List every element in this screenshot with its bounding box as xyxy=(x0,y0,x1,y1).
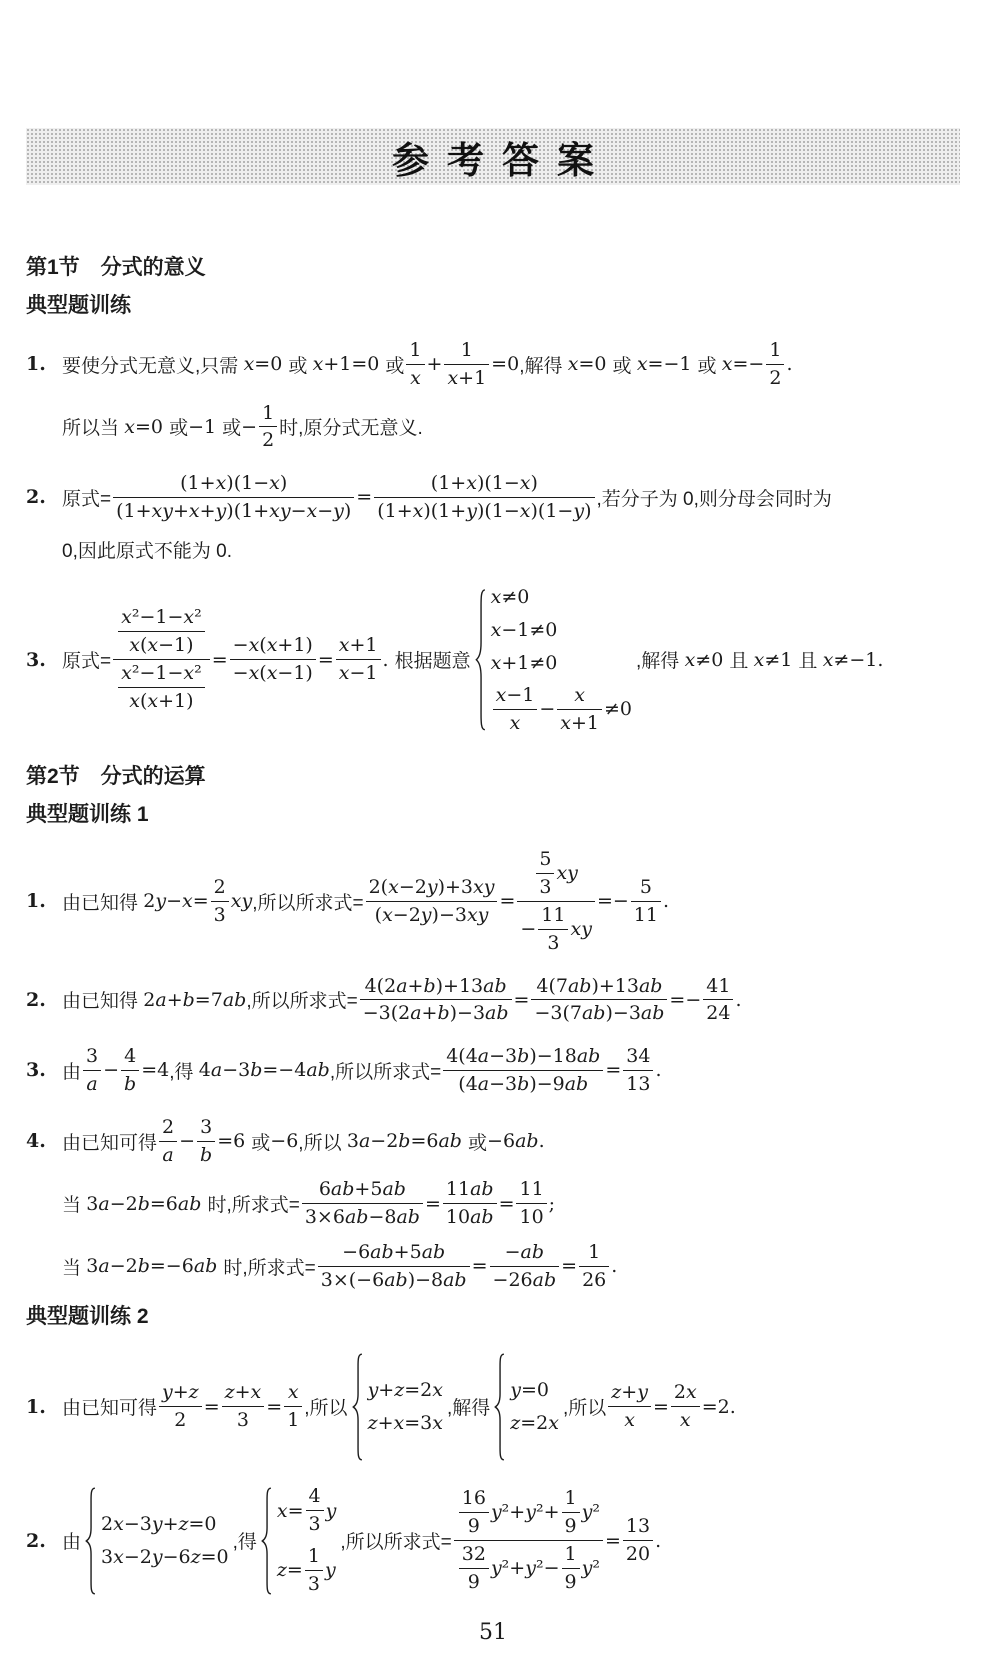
fraction-denominator: 9 xyxy=(562,1571,580,1594)
math-run: x xyxy=(183,606,194,629)
fraction-bar xyxy=(118,631,205,632)
math-run: y xyxy=(582,1557,593,1580)
math-run: . xyxy=(663,890,669,912)
text-run: 原式= xyxy=(62,646,111,673)
fraction-numerator: 2(x−2y)+3xy xyxy=(366,876,498,899)
fraction-denominator: x xyxy=(407,367,424,390)
text-run: 由已知可得 xyxy=(62,1128,157,1155)
math-run: = xyxy=(472,1255,488,1277)
math-run: + xyxy=(167,989,183,1011)
math-run: ab xyxy=(438,1130,462,1152)
math-run: 1 xyxy=(769,339,781,362)
brace-icon xyxy=(261,1484,272,1598)
math-run: x xyxy=(216,472,227,495)
fraction: y+z2 xyxy=(159,1381,202,1432)
cases-row: 3x−2y−6z=0 xyxy=(101,1545,229,1569)
fraction-bar xyxy=(259,426,277,427)
fraction-denominator: 2 xyxy=(766,367,784,390)
answer-item: 1.要使分式无意义,只需 x=0 或 x+1=0 或1x+1x+1=0,解得 x… xyxy=(26,339,960,452)
math-run: (1+ xyxy=(180,472,215,495)
cases-row: x−1≠0 xyxy=(491,618,632,642)
math-run: 3 xyxy=(86,1045,98,1068)
fraction-numerator: 53xy xyxy=(531,848,581,899)
math-run: 32 xyxy=(462,1543,486,1566)
math-run: ab xyxy=(470,1178,494,1201)
text-run: 原式= xyxy=(62,484,111,511)
fraction-denominator: 1 xyxy=(284,1409,302,1432)
math-run: )−3 xyxy=(432,904,467,927)
math-run: . xyxy=(655,1059,661,1081)
fraction-denominator: −3(7ab)−3ab xyxy=(531,1002,667,1025)
math-run: b xyxy=(437,1002,449,1025)
text-run: ,得 xyxy=(169,1057,199,1084)
math-run: −1≠0 xyxy=(501,619,557,641)
math-run: )−3 xyxy=(605,1002,640,1025)
math-run: 6 xyxy=(319,1178,331,1201)
math-run: +1 xyxy=(349,634,377,657)
math-run: 2 xyxy=(143,989,155,1011)
math-run: −1 xyxy=(349,662,377,685)
math-run: +1 xyxy=(458,367,486,390)
fraction-bar xyxy=(459,1568,489,1569)
text-run: 由 xyxy=(62,1057,81,1084)
fraction: 2xx xyxy=(671,1381,700,1432)
fraction-numerator: 13 xyxy=(623,1515,653,1538)
math-run: ab xyxy=(306,1059,330,1081)
math-run: x xyxy=(491,619,502,641)
fraction-denominator: x+1 xyxy=(557,712,602,735)
fraction: 1320 xyxy=(623,1515,653,1566)
math-run: x xyxy=(244,353,255,375)
fraction: 43 xyxy=(306,1485,324,1536)
math-run: x xyxy=(432,1412,443,1434)
math-run: a xyxy=(162,1144,173,1167)
fraction-numerator: 11 xyxy=(538,904,568,927)
fraction: 3b xyxy=(197,1116,215,1167)
fraction: x1 xyxy=(284,1381,302,1432)
text-run: 要使分式无意义,只需 xyxy=(62,351,244,378)
fraction: 12 xyxy=(259,402,277,453)
math-run: x xyxy=(388,876,399,899)
math-run: =0 xyxy=(189,1513,217,1535)
text-run: ,若分子为 0,则分母会同时为 xyxy=(597,484,832,511)
fraction-denominator: x xyxy=(677,1409,694,1432)
fraction-bar xyxy=(557,709,602,710)
math-run: 3 xyxy=(309,1513,321,1536)
math-run: 5 xyxy=(539,848,551,871)
fraction: 169 xyxy=(459,1487,489,1538)
math-run: )(1+ xyxy=(423,500,466,523)
math-run: −3(2 xyxy=(363,1002,411,1025)
fraction: 4124 xyxy=(703,975,733,1026)
text-run: ,解得 xyxy=(447,1393,490,1420)
fraction-numerator: 16 xyxy=(459,1487,489,1510)
answer-item: 2.由2x−3y+z=03x−2y−6z=0,得x=43yz=13y,所以所求式… xyxy=(26,1484,960,1598)
fraction: 4b xyxy=(121,1045,139,1096)
math-run: 1 xyxy=(308,1545,320,1568)
math-run: + xyxy=(200,500,216,523)
fraction-bar xyxy=(336,659,381,660)
math-run: x xyxy=(496,684,507,707)
fraction-bar xyxy=(562,1512,580,1513)
math-run: ab xyxy=(384,1269,408,1292)
math-run: 10 xyxy=(519,1206,543,1229)
math-run: x xyxy=(339,634,350,657)
math-run: x xyxy=(680,1409,691,1432)
math-run: y xyxy=(466,500,477,523)
math-run: + xyxy=(427,353,443,375)
text-run: 或 xyxy=(288,351,312,378)
math-run: x xyxy=(624,1409,635,1432)
fraction-denominator: 13 xyxy=(623,1073,653,1096)
math-run: y xyxy=(162,1381,173,1404)
fraction: 2(x−2y)+3xy(x−2y)−3xy xyxy=(366,876,498,927)
fraction-denominator: (x−2y)−3xy xyxy=(372,904,492,927)
math-run: − xyxy=(291,500,307,523)
fraction-denominator: 9 xyxy=(465,1571,483,1594)
cases-row: x=43y xyxy=(277,1485,336,1536)
text-run: 或 xyxy=(385,351,404,378)
math-run: ab xyxy=(582,1002,606,1025)
subsection-heading: 典型题训练 xyxy=(26,289,960,319)
math-run: )(1− xyxy=(477,472,520,495)
math-run: xy xyxy=(467,904,488,927)
math-run: x xyxy=(277,1500,288,1522)
fraction-numerator: 1 xyxy=(562,1543,580,1566)
math-run: ²−1− xyxy=(132,662,184,685)
fraction-numerator: 4 xyxy=(121,1045,139,1068)
fraction-denominator: 11 xyxy=(631,904,661,927)
math-run: 3 xyxy=(86,1255,98,1277)
math-run: +1) xyxy=(277,634,312,657)
fraction-denominator: −113xy xyxy=(517,904,595,955)
math-run: y xyxy=(491,1501,502,1524)
math-run: − xyxy=(317,500,333,523)
math-run: x xyxy=(249,662,260,685)
math-run: a xyxy=(396,975,407,998)
math-run: y xyxy=(427,876,438,899)
fraction-denominator: b xyxy=(197,1144,215,1167)
math-line: 1.由已知得 2y−x=23xy,所以所求式=2(x−2y)+3xy(x−2y)… xyxy=(26,848,960,954)
math-run: − xyxy=(505,1241,521,1264)
math-run: (4 xyxy=(458,1073,478,1096)
item-number: 2. xyxy=(26,486,62,508)
fraction: x²−1−x²x(x+1) xyxy=(118,662,205,713)
math-line: 1.要使分式无意义,只需 x=0 或 x+1=0 或1x+1x+1=0,解得 x… xyxy=(26,339,960,390)
item-number: 3. xyxy=(26,649,62,671)
math-run: z xyxy=(394,1379,404,1401)
cases-group: y=0z=2x xyxy=(494,1350,559,1464)
math-run: x xyxy=(637,353,648,375)
fraction-denominator: 329y²+y²−19y² xyxy=(454,1543,603,1594)
math-run: = xyxy=(653,1396,669,1418)
math-run: x xyxy=(568,353,579,375)
math-run: ab xyxy=(565,1073,589,1096)
math-run: 1 xyxy=(588,1241,600,1264)
math-run: 10 xyxy=(446,1206,470,1229)
cases-row: z+x=3x xyxy=(368,1411,443,1435)
math-run: 3 xyxy=(200,1116,212,1139)
answer-item: 1.由已知得 2y−x=23xy,所以所求式=2(x−2y)+3xy(x−2y)… xyxy=(26,848,960,954)
math-run: ab xyxy=(641,1002,665,1025)
fraction-numerator: (1+x)(1−x) xyxy=(428,472,541,495)
math-run: =0 xyxy=(254,353,288,375)
fraction: 13 xyxy=(305,1545,323,1596)
fraction-numerator: 34 xyxy=(623,1045,653,1068)
math-run: 4 xyxy=(309,1485,321,1508)
brace-icon xyxy=(475,585,486,735)
math-run: ≠−1. xyxy=(833,649,883,671)
math-run: z xyxy=(510,1412,520,1434)
text-run: 或 xyxy=(169,413,188,440)
fraction: xx+1 xyxy=(557,684,602,735)
fraction-bar xyxy=(222,1406,265,1407)
math-run: x xyxy=(313,353,324,375)
subsection-heading: 典型题训练 2 xyxy=(26,1300,960,1330)
math-run: −6 xyxy=(342,1241,370,1264)
math-run: 2( xyxy=(369,876,389,899)
subsection-heading: 典型题训练 1 xyxy=(26,798,960,828)
math-run: = xyxy=(204,1396,220,1418)
math-run: − xyxy=(233,634,249,657)
item-number: 4. xyxy=(26,1130,62,1152)
fraction-denominator: b xyxy=(121,1073,139,1096)
math-run: ab xyxy=(483,975,507,998)
math-run: 24 xyxy=(706,1002,730,1025)
math-run: ab xyxy=(485,1002,509,1025)
math-run: z xyxy=(191,1546,201,1568)
math-run: −3 xyxy=(489,1073,517,1096)
math-run: −6 xyxy=(163,1546,191,1568)
math-run: =0 xyxy=(491,353,519,375)
math-run: )(1+ xyxy=(226,500,269,523)
fraction: −ab−26ab xyxy=(490,1241,560,1292)
math-run: =6 xyxy=(150,1193,178,1215)
math-run: 11 xyxy=(519,1178,543,1201)
fraction-denominator: 3 xyxy=(536,876,554,899)
math-run: x xyxy=(394,1412,405,1434)
math-run: = xyxy=(514,989,530,1011)
text-run: 0,因此原式不能为 0. xyxy=(62,536,232,563)
math-run: = xyxy=(318,649,334,671)
fraction: x+1x−1 xyxy=(336,634,381,685)
math-run: + xyxy=(378,1379,394,1401)
fraction-bar xyxy=(454,1540,603,1541)
fraction-denominator: 10 xyxy=(516,1206,546,1229)
math-run: 11 xyxy=(541,904,565,927)
math-line: 当 3a−2b=−6ab 时,所求式=−6ab+5ab3×(−6ab)−8ab=… xyxy=(62,1241,960,1292)
fraction-bar xyxy=(306,1510,324,1511)
answer-item: 2.由已知得 2a+b=7ab,所以所求式=4(2a+b)+13ab−3(2a+… xyxy=(26,975,960,1026)
item-number: 1. xyxy=(26,890,62,912)
math-run: −26 xyxy=(493,1269,533,1292)
math-run: ( xyxy=(375,904,382,927)
fraction-numerator: x−1 xyxy=(493,684,538,707)
math-run: b xyxy=(138,1193,150,1215)
math-run: y xyxy=(368,1379,379,1401)
fraction-denominator: x(x−1) xyxy=(126,634,196,657)
math-run: 1 xyxy=(409,339,421,362)
math-run: 41 xyxy=(706,975,730,998)
math-run: 9 xyxy=(468,1571,480,1594)
math-run: =7 xyxy=(195,989,223,1011)
brace-icon xyxy=(494,1350,505,1464)
math-run: 2 xyxy=(769,367,781,390)
fraction: 169y²+y²+19y²329y²+y²−19y² xyxy=(454,1487,603,1593)
math-run: 16 xyxy=(462,1487,486,1510)
math-run: =−6 xyxy=(150,1255,194,1277)
math-run: 4(2 xyxy=(365,975,397,998)
math-run: x xyxy=(129,690,140,713)
fraction: 113 xyxy=(538,904,568,955)
math-run: b xyxy=(517,1045,529,1068)
math-run: −2 xyxy=(110,1193,138,1215)
fraction-numerator: 3 xyxy=(83,1045,101,1068)
fraction-numerator: −6ab+5ab xyxy=(339,1241,448,1264)
math-run: + xyxy=(378,1412,394,1434)
math-run: x xyxy=(548,1412,559,1434)
answer-item: 4.由已知可得2a−3b=6 或−6,所以 3a−2b=6ab 或−6ab.当 … xyxy=(26,1116,960,1292)
math-run: −1) xyxy=(158,634,193,657)
text-run: 或 xyxy=(698,351,722,378)
math-run: = xyxy=(499,890,515,912)
math-run: ²+ xyxy=(502,1501,526,1524)
math-run: y xyxy=(152,1546,163,1568)
math-run: 13 xyxy=(626,1515,650,1538)
math-run: x xyxy=(182,890,193,912)
math-run: ab xyxy=(443,1269,467,1292)
text-run: 或 xyxy=(613,351,637,378)
math-run: ≠0 xyxy=(695,649,729,671)
fraction-bar xyxy=(406,364,424,365)
fraction: 4(2a+b)+13ab−3(2a+b)−3ab xyxy=(360,975,512,1026)
text-run: 由已知可得 xyxy=(62,1393,157,1420)
fraction-numerator: 4(7ab)+13ab xyxy=(533,975,665,998)
math-run: −3 xyxy=(124,1513,152,1535)
math-line: 2.由已知得 2a+b=7ab,所以所求式=4(2a+b)+13ab−3(2a+… xyxy=(26,975,960,1026)
math-run: + xyxy=(173,1381,189,1404)
fraction: x²−1−x²x(x−1)x²−1−x²x(x+1) xyxy=(113,606,210,712)
math-line: 1.由已知可得y+z2=z+x3=x1,所以y+z=2xz+x=3x,解得y=0… xyxy=(26,1350,960,1464)
math-run: ab xyxy=(533,1269,557,1292)
math-run: 34 xyxy=(626,1045,650,1068)
text-run: ,得 xyxy=(233,1527,257,1554)
math-run: x xyxy=(686,1381,697,1404)
math-run: b xyxy=(517,1073,529,1096)
math-run: )−8 xyxy=(408,1269,443,1292)
math-run: ² xyxy=(592,1501,600,1524)
math-run: 2 xyxy=(143,890,155,912)
fraction-numerator: 1 xyxy=(458,339,476,362)
cases-row: z=13y xyxy=(277,1545,336,1596)
fraction-bar xyxy=(493,709,538,710)
math-run: . xyxy=(655,1530,661,1552)
math-run: x xyxy=(823,649,834,671)
fraction-denominator: 3 xyxy=(211,904,229,927)
text-run: 时,原分式无意义. xyxy=(279,413,423,440)
fraction-numerator: 1 xyxy=(406,339,424,362)
math-line: 4.由已知可得2a−3b=6 或−6,所以 3a−2b=6ab 或−6ab. xyxy=(26,1116,960,1167)
math-run: ab xyxy=(382,1178,406,1201)
math-run: ab xyxy=(639,975,663,998)
fraction: x−1x xyxy=(493,684,538,735)
math-run: x xyxy=(574,684,585,707)
math-run: 5 xyxy=(640,876,652,899)
math-run: 2 xyxy=(174,1409,186,1432)
math-run: +5 xyxy=(354,1178,382,1201)
math-run: 3 xyxy=(547,932,559,955)
math-run: a xyxy=(478,1045,489,1068)
math-run: )+13 xyxy=(591,975,639,998)
math-run: x xyxy=(147,690,158,713)
math-run: =4 xyxy=(141,1059,169,1081)
math-run: b xyxy=(183,989,195,1011)
math-run: 4(4 xyxy=(446,1045,478,1068)
text-run: 当 xyxy=(62,1253,86,1280)
fraction-numerator: 1 xyxy=(305,1545,323,1568)
math-run: = xyxy=(499,1193,515,1215)
math-run: −3 xyxy=(489,1045,517,1068)
fraction-numerator: x xyxy=(285,1381,302,1404)
math-run: =6 xyxy=(410,1130,438,1152)
math-run: x xyxy=(147,634,158,657)
math-run: 3 xyxy=(308,1573,320,1596)
math-run: (1+ xyxy=(377,500,412,523)
math-run: x xyxy=(129,634,140,657)
fraction-denominator: −26ab xyxy=(490,1269,560,1292)
math-run: a xyxy=(211,1059,222,1081)
fraction-numerator: 11 xyxy=(516,1178,546,1201)
math-run: (1+ xyxy=(116,500,151,523)
math-run: x xyxy=(124,416,135,438)
fraction-denominator: (1+x)(1+y)(1−x)(1−y) xyxy=(374,500,594,523)
fraction-denominator: (4a−3b)−9ab xyxy=(455,1073,591,1096)
fraction-bar xyxy=(121,1070,139,1071)
math-run: )(1− xyxy=(477,500,520,523)
math-run: )(1− xyxy=(531,500,574,523)
fraction-numerator: 2 xyxy=(211,876,229,899)
math-run: 9 xyxy=(565,1515,577,1538)
math-run: −1) xyxy=(277,662,312,685)
math-run: ; xyxy=(549,1193,555,1215)
fraction-bar xyxy=(562,1568,580,1569)
math-run: 4 xyxy=(124,1045,136,1068)
fraction: 329 xyxy=(459,1543,489,1594)
fraction-numerator: 4(4a−3b)−18ab xyxy=(443,1045,603,1068)
fraction-denominator: 26 xyxy=(579,1269,609,1292)
item-number: 3. xyxy=(26,1059,62,1081)
fraction-numerator: 32 xyxy=(459,1543,489,1566)
fraction-bar xyxy=(318,1266,470,1267)
fraction-numerator: 1 xyxy=(259,402,277,425)
fraction: z+yx xyxy=(608,1381,651,1432)
fraction: 6ab+5ab3×6ab−8ab xyxy=(302,1178,423,1229)
fraction-bar xyxy=(459,1512,489,1513)
math-line: 2.原式=(1+x)(1−x)(1+xy+x+y)(1+xy−x−y)=(1+x… xyxy=(26,472,960,523)
math-run: y xyxy=(637,1381,648,1404)
math-run: x xyxy=(249,634,260,657)
math-run: =2 xyxy=(520,1412,548,1434)
math-run: b xyxy=(250,1059,262,1081)
fraction-numerator: 1 xyxy=(766,339,784,362)
math-run: y xyxy=(216,500,227,523)
math-run: ab xyxy=(178,1193,202,1215)
math-run: )−3 xyxy=(450,1002,485,1025)
math-run: y xyxy=(573,500,584,523)
fraction: x²−1−x²x(x−1) xyxy=(118,606,205,657)
math-run: −2 xyxy=(370,1130,398,1152)
math-run: ≠1 xyxy=(764,649,798,671)
